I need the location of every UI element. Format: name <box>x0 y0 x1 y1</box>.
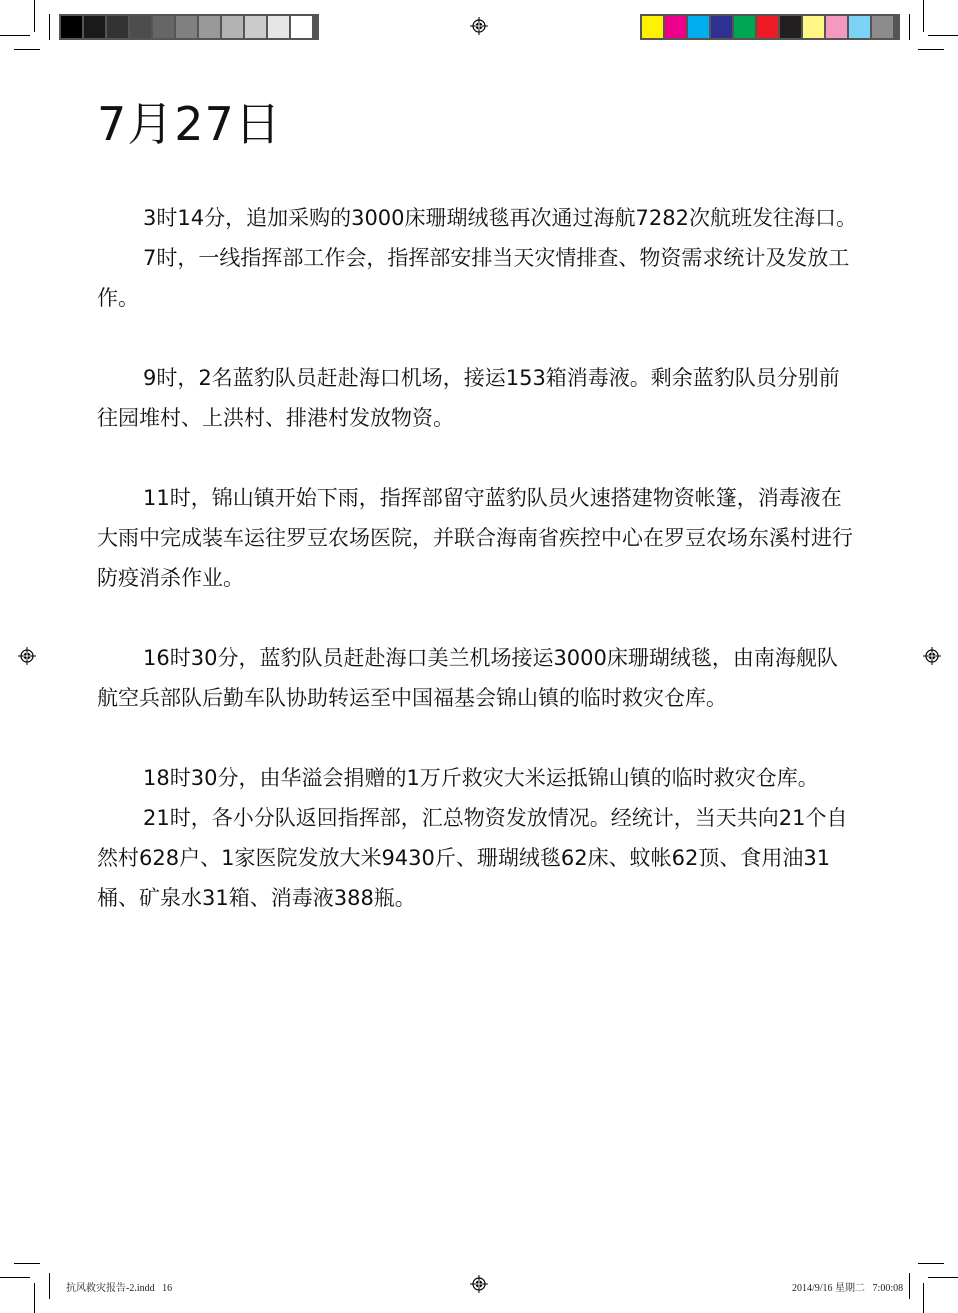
crop-mark <box>14 1263 40 1264</box>
color-swatch <box>734 16 755 38</box>
paragraph-1830: 18时30分，由华溢会捐赠的1万斤救灾大米运抵锦山镇的临时救灾仓库。 <box>97 758 857 798</box>
color-swatch <box>826 16 847 38</box>
crop-mark <box>14 49 40 50</box>
crop-mark <box>49 1273 50 1299</box>
color-swatch <box>61 16 82 38</box>
registration-mark-icon <box>470 17 488 35</box>
color-swatch <box>780 16 801 38</box>
color-swatch <box>757 16 778 38</box>
document-body: 3时14分，追加采购的3000床珊瑚绒毯再次通过海航7282次航班发往海口。 7… <box>97 198 857 918</box>
color-swatch <box>872 16 893 38</box>
crop-mark <box>918 1263 944 1264</box>
crop-mark <box>909 1273 910 1299</box>
crop-mark <box>49 14 50 40</box>
registration-mark-icon <box>923 647 941 665</box>
paragraph-2100: 21时，各小分队返回指挥部，汇总物资发放情况。经统计，当天共向21个自然村628… <box>97 798 857 918</box>
crop-mark <box>923 0 924 32</box>
color-swatch <box>642 16 663 38</box>
color-swatch <box>107 16 128 38</box>
crop-mark <box>918 49 944 50</box>
color-swatch <box>803 16 824 38</box>
color-swatch <box>130 16 151 38</box>
file-info-slug: 抗风救灾报告-2.indd 16 <box>66 1279 172 1294</box>
color-swatch <box>688 16 709 38</box>
crop-mark <box>909 14 910 40</box>
color-swatch <box>84 16 105 38</box>
color-swatch <box>199 16 220 38</box>
crop-mark <box>34 0 35 32</box>
paragraph-0700: 7时，一线指挥部工作会，指挥部安排当天灾情排查、物资需求统计及发放工作。 <box>97 238 857 318</box>
crop-mark <box>34 1283 35 1313</box>
crop-mark <box>0 35 30 36</box>
crop-mark <box>928 35 958 36</box>
color-swatch <box>245 16 266 38</box>
color-swatch <box>268 16 289 38</box>
crop-mark <box>0 1277 30 1278</box>
crop-mark <box>928 1277 958 1278</box>
grayscale-color-bar <box>59 14 319 40</box>
crop-mark <box>923 1283 924 1313</box>
print-timestamp: 2014/9/16 星期二 7:00:08 <box>792 1279 903 1294</box>
paragraph-1100: 11时，锦山镇开始下雨，指挥部留守蓝豹队员火速搭建物资帐篷，消毒液在大雨中完成装… <box>97 478 857 598</box>
paragraph-1630: 16时30分，蓝豹队员赶赴海口美兰机场接运3000床珊瑚绒毯，由南海舰队航空兵部… <box>97 638 857 718</box>
color-swatch <box>849 16 870 38</box>
color-swatch <box>153 16 174 38</box>
paragraph-0900: 9时，2名蓝豹队员赶赴海口机场，接运153箱消毒液。剩余蓝豹队员分别前往园堆村、… <box>97 358 857 438</box>
registration-mark-icon <box>470 1275 488 1293</box>
color-swatch <box>665 16 686 38</box>
process-color-bar <box>640 14 900 40</box>
paragraph-0314: 3时14分，追加采购的3000床珊瑚绒毯再次通过海航7282次航班发往海口。 <box>97 198 857 238</box>
color-swatch <box>222 16 243 38</box>
color-swatch <box>176 16 197 38</box>
page-title: 7月27日 <box>97 96 282 152</box>
color-swatch <box>291 16 312 38</box>
registration-mark-icon <box>18 647 36 665</box>
color-swatch <box>711 16 732 38</box>
